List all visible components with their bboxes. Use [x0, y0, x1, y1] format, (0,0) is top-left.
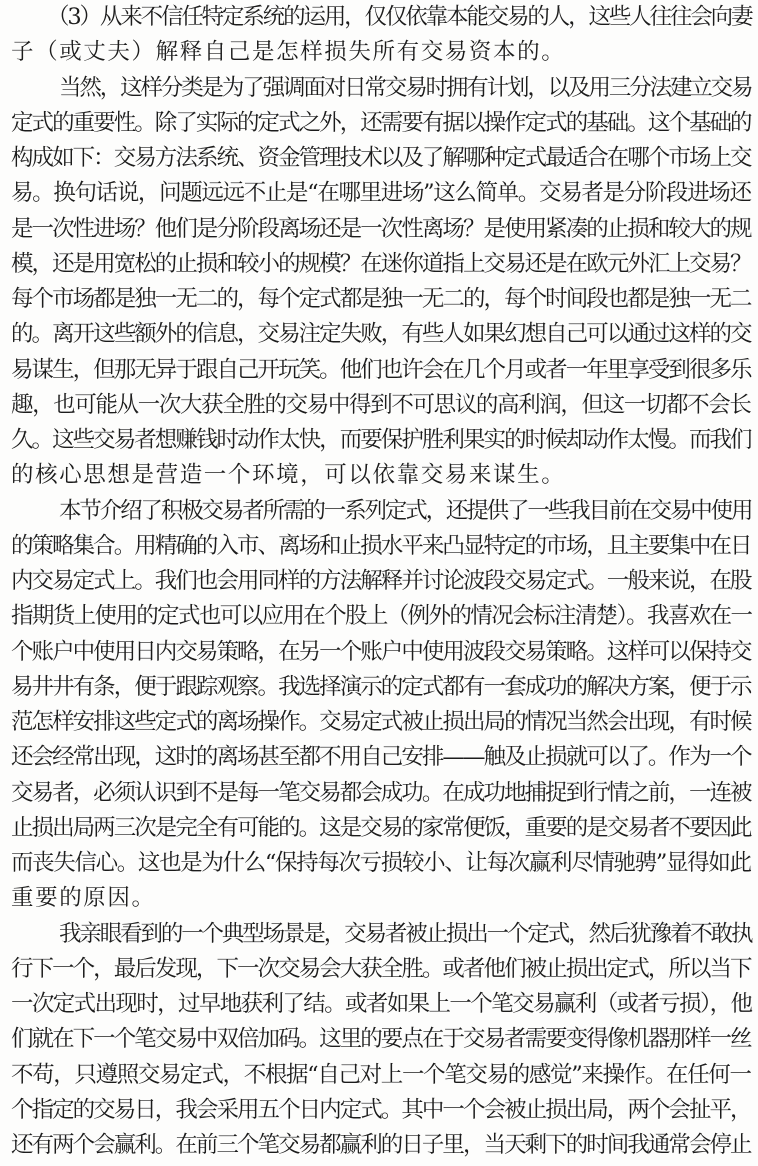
text-line-10: 的。离开这些额外的信息，交易注定失败，有些人如果幻想自己可以通过这样的交: [11, 317, 751, 352]
text-line-20: 易井井有条，便于跟踪观察。我选择演示的定式都有一套成功的解决方案，便于示: [11, 670, 751, 705]
text-line-26: 重要的原因。: [11, 881, 156, 916]
text-line-8: 模，还是用宽松的止损和较小的规模？在迷你道指上交易还是在欧元外汇上交易？: [11, 247, 751, 282]
text-line-25: 而丧失信心。这也是为什么“保持每次亏损较小、让每次赢利尽情驰骋”显得如此: [11, 846, 751, 881]
text-line-24: 止损出局两三次是完全有可能的。这是交易的家常便饭，重要的是交易者不要因此: [11, 811, 751, 846]
text-line-17: 内交易定式上。我们也会用同样的方法解释并讨论波段交易定式。一般来说，在股: [11, 564, 751, 599]
text-line-29: 一次定式出现时，过早地获利了结。或者如果上一个笔交易赢利（或者亏损），他: [11, 987, 751, 1022]
text-line-3: 当然，这样分类是为了强调面对日常交易时拥有计划，以及用三分法建立交易: [59, 71, 751, 106]
text-line-21: 范怎样安排这些定式的离场操作。交易定式被止损出局的情况当然会出现，有时候: [11, 705, 751, 740]
text-line-23: 交易者，必须认识到不是每一笔交易都会成功。在成功地捕捉到行情之前，一连被: [11, 776, 751, 811]
text-line-18: 指期货上使用的定式也可以应用在个股上（例外的情况会标注清楚）。我喜欢在一: [11, 599, 751, 634]
text-line-12: 趣，也可能从一次大获全胜的交易中得到不可思议的高利润，但这一切都不会长: [11, 388, 751, 423]
text-line-33: 还有两个会赢利。在前三个笔交易都赢利的日子里，当天剩下的时间我通常会停止: [11, 1128, 751, 1163]
text-line-9: 每个市场都是独一无二的，每个定式都是独一无二的，每个时间段也都是独一无二: [11, 282, 751, 317]
text-line-27: 我亲眼看到的一个典型场景是，交易者被止损出一个定式，然后犹豫着不敢执: [59, 917, 751, 952]
text-line-1: （3）从来不信任特定系统的运用，仅仅依靠本能交易的人，这些人往往会向妻: [47, 0, 751, 35]
text-line-11: 易谋生，但那无异于跟自己开玩笑。他们也许会在几个月或者一年里享受到很多乐: [11, 353, 751, 388]
text-line-15: 本节介绍了积极交易者所需的一系列定式，还提供了一些我目前在交易中使用: [59, 494, 751, 529]
text-line-13: 久。这些交易者想赚钱时动作太快，而要保护胜利果实的时候却动作太慢。而我们: [11, 423, 751, 458]
text-line-22: 还会经常出现，这时的离场甚至都不用自己安排——触及止损就可以了。作为一个: [11, 740, 751, 775]
text-line-32: 个指定的交易日，我会采用五个日内定式。其中一个会被止损出局，两个会扯平，: [11, 1093, 751, 1128]
text-line-6: 易。换句话说，问题远远不止是“在哪里进场”这么简单。交易者是分阶段进场还: [11, 176, 751, 211]
text-line-14: 的核心思想是营造一个环境，可以依靠交易来谋生。: [11, 458, 565, 493]
text-line-2: 子（或丈夫）解释自己是怎样损失所有交易资本的。: [11, 35, 565, 70]
text-line-31: 不苟，只遵照交易定式，不根据“自己对上一个笔交易的感觉”来操作。在任何一: [11, 1058, 751, 1093]
text-line-5: 构成如下：交易方法系统、资金管理技术以及了解哪种定式最适合在哪个市场上交: [11, 141, 751, 176]
text-line-16: 的策略集合。用精确的入市、离场和止损水平来凸显特定的市场，且主要集中在日: [11, 529, 751, 564]
text-line-7: 是一次性进场？他们是分阶段离场还是一次性离场？是使用紧凑的止损和较大的规: [11, 212, 751, 247]
text-line-19: 个账户中使用日内交易策略，在另一个账户中使用波段交易策略。这样可以保持交: [11, 635, 751, 670]
text-line-30: 们就在下一个笔交易中双倍加码。这里的要点在于交易者需要变得像机器那样一丝: [11, 1022, 751, 1057]
text-line-4: 定式的重要性。除了实际的定式之外，还需要有据以操作定式的基础。这个基础的: [11, 106, 751, 141]
text-line-28: 行下一个，最后发现，下一次交易会大获全胜。或者他们被止损出定式，所以当下: [11, 952, 751, 987]
